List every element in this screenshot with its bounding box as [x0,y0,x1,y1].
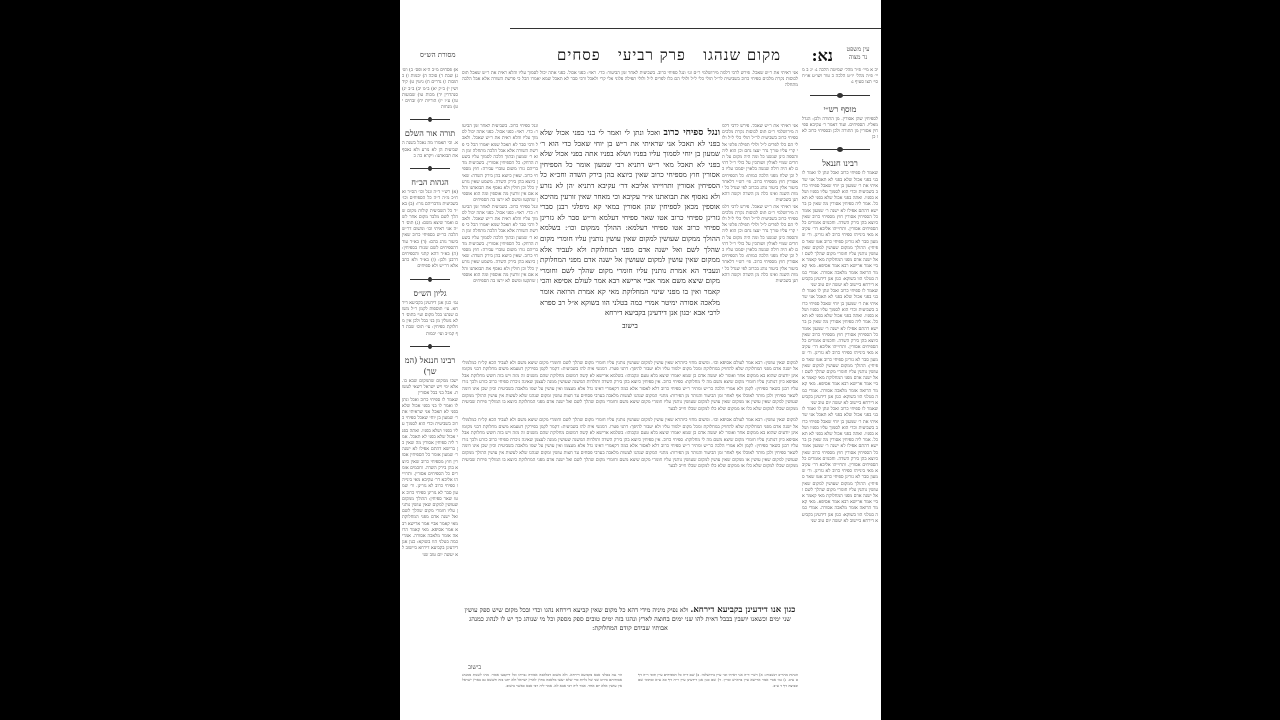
footnotes-left: הר ננה בטלני אבא בקביעא דירחא. ולא משום … [462,672,622,704]
rabbeinu-chananel-text: שאמר לו ספיחי כרוב ואכל ונתן לו ואמר לו … [802,171,878,289]
closing-lead-word: כגון אנו דידעינן בקביעא דירחא. [690,605,795,615]
ornament-divider [410,277,450,282]
top-commentary-text: אני ראיתי את ר״ש שאכל. פירש לרבי דלמה מי… [462,71,798,90]
page-header: עין משפט נר מצוה נא: מקום שנהגו פרק רביע… [400,46,881,66]
tosafot-column: אני ראיתי את ר״ש שאכל. פירש לרבי דלמה מי… [722,124,798,356]
bottom-commentary-band: למקום שאין עושין: רבא אמר לעולם אסיפא וכ… [462,356,798,608]
mesoret-text: א) פסחים מ״ב ה״א ופס׳ ב) וש׳ ג) שבת ד) ס… [402,68,458,111]
musaf-rashi-text: לספיחין שהן אסורין. מן התורה ולכן: הגדל … [802,117,878,142]
rabbeinu-chananel-cont-text: ישבו ממקום שהמקום שבא בו. אלא ימי ויש יש… [402,379,458,398]
gilyon-hashas-text: גמ׳ כגון אנן דידעינן בקביעא דירחא. עי׳ ת… [402,301,458,338]
talmud-page: עין משפט נר מצוה נא: מקום שנהגו פרק רביע… [400,0,881,720]
gemara-text-block: ונגל ספיחי כרוב ואכל ונתן לי ואמר לי בני… [540,128,720,346]
ein-mishpat-text: יב א מיי׳ פ״ד מהל׳ שמיטה הלכה ג: יג ב מי… [802,68,878,87]
rabbeinu-chananel-text-cont: שאמר לו ספיחי כרוב ואכל ונתן לו ואמר לו … [802,407,878,525]
rashi-column: ונגל ספיחי כרוב. בשביעית לאחר זמן הביעור… [462,124,538,356]
rashi-text: ונגל ספיחי כרוב. בשביעית לאחר זמן הביעור… [462,124,538,205]
rabbeinu-chananel-title: רבינו חננאל [802,158,878,169]
ein-mishpat-label: עין משפט נר מצוה [841,46,875,62]
right-margin-column: יב א מיי׳ פ״ד מהל׳ שמיטה הלכה ג: יג ב מי… [802,68,878,708]
rabbeinu-chananel-cont-text: שאמר לו ספיחי כרוב ואכל ונתן לו ואמר לו … [402,398,458,559]
torah-or-title: תורה אור השלם [402,128,458,139]
top-rule [510,28,881,29]
top-commentary-band: אני ראיתי את ר״ש שאכל. פירש לרבי דלמה מי… [462,66,798,124]
tosafot-text: אני ראיתי את ר״ש שאכל. פירש לרבי דלמה מי… [722,124,798,205]
closing-end-marker: בישוב [468,664,481,671]
musaf-rashi-title: מוסף רש״י [802,104,878,115]
ornament-divider [410,117,450,122]
folio-number: נא: [812,46,833,66]
footnotes-area: הגהות מהר״ב רנשבורג: א) רש״י ד״ה אני ראי… [462,672,798,704]
gemara-text: ואכל ונתן לי ואמר לי בני בפני אכול שלא ב… [540,128,720,317]
hagahot-habach-text: (א) רש״י ד״ה ונגל וכו׳ הס״ד ואח״כ מ״ה ד״… [402,190,458,271]
left-margin-column: א) פסחים מ״ב ה״א ופס׳ ב) וש׳ ג) שבת ד) ס… [402,68,458,708]
gemara-lead-word: ונגל ספיחי כרוב [664,128,720,138]
closing-text-block: כגון אנו דידעינן בקביעא דירחא. ולא נפיק … [462,606,798,656]
running-title: מקום שנהגו פרק רביעי פסחים [557,46,781,65]
mesoret-label: מסורת הש״ס [420,51,455,59]
rashi-text-cont: ונגל ספיחי כרוב. בשביעית לאחר זמן הביעור… [462,205,538,286]
rabbeinu-chananel-text-cont: שאמר לו ספיחי כרוב ואכל ונתן לו ואמר לו … [802,289,878,407]
ornament-divider [410,166,450,171]
ornament-divider [810,147,870,152]
tosafot-text-cont: אני ראיתי את ר״ש שאכל. פירש לרבי דלמה מי… [722,205,798,286]
footnotes-right: הגהות מהר״ב רנשבורג: א) רש״י ד״ה אני ראי… [638,672,798,704]
rabbeinu-chananel-cont-title: רבינו חננאל (המשך) [402,355,458,377]
bottom-commentary-text-cont: למקום שאין עושין: רבא אמר לעולם אסיפא וכ… [462,418,798,471]
torah-or-text: א. וכי תאמרו מה נאכל בשנה השביעית הן לא … [402,141,458,160]
ornament-divider [410,344,450,349]
gemara-end-marker: בישוב [540,321,720,332]
hagahot-habach-title: הגהות הב״ח [402,177,458,188]
gilyon-hashas-title: גליון הש״ס [402,288,458,299]
ornament-divider [810,93,870,98]
bottom-commentary-text: למקום שאין עושין: רבא אמר לעולם אסיפא וכ… [462,361,798,414]
